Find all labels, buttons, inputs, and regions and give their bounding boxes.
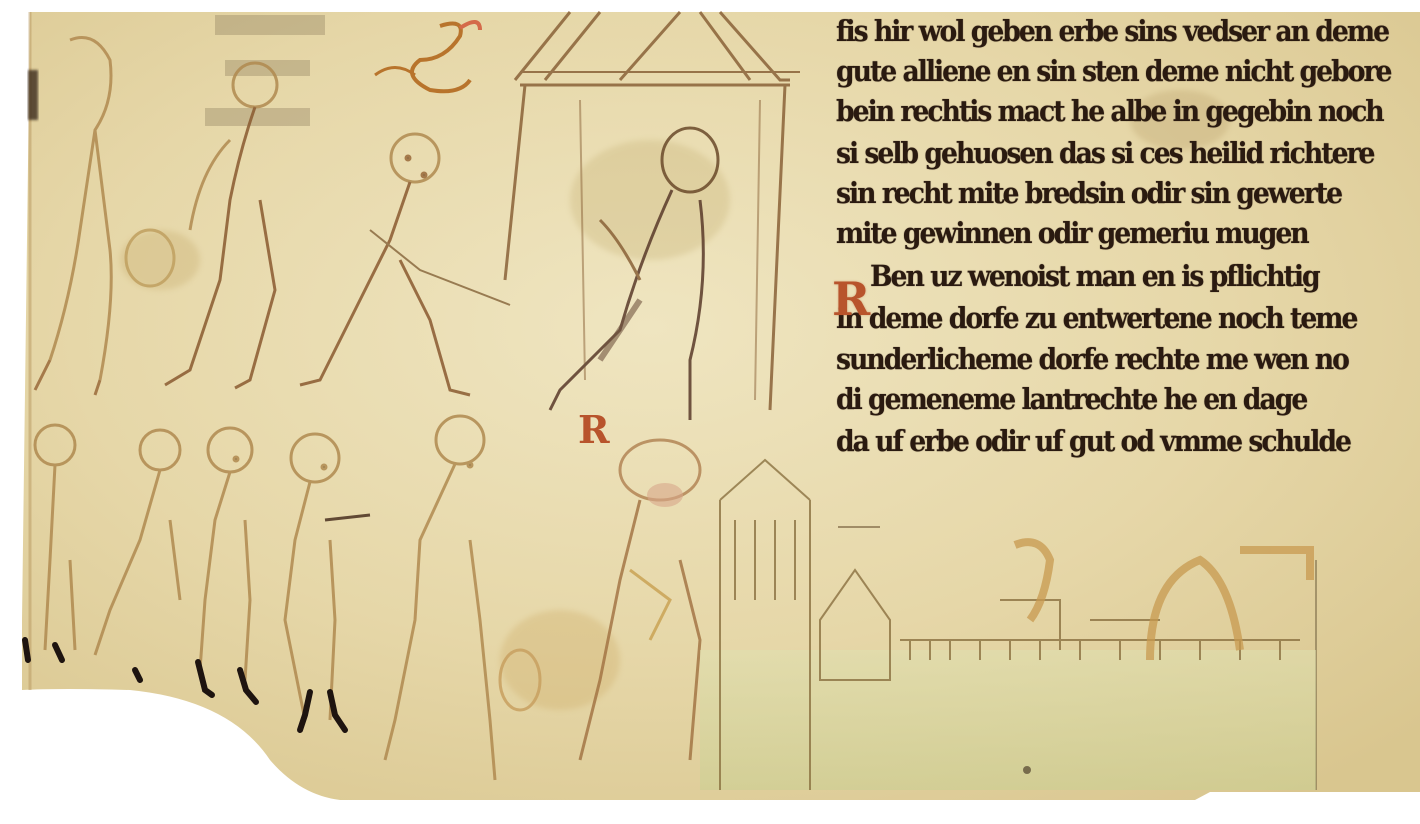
text-line-11: da uf erbe odir uf gut od vmme schulde (836, 424, 1350, 458)
text-line-5: sin recht mite bredsin odir sin gewerte (836, 176, 1341, 210)
text-line-3: bein rechtis mact he albe in gegebin noc… (836, 94, 1383, 128)
text-line-1: fis hir wol geben erbe sins vedser an de… (836, 14, 1388, 48)
initial-r-middle: R (578, 407, 610, 452)
text-line-2: gute alliene en sin sten deme nicht gebo… (836, 54, 1391, 88)
text-line-10: di gemeneme lantrechte he en dage (836, 382, 1306, 416)
text-line-9: sunderlicheme dorfe rechte me wen no (836, 342, 1348, 376)
initial-r-text: R (832, 272, 870, 326)
text-line-4: si selb gehuosen das si ces heilid richt… (836, 136, 1374, 170)
text-line-7: Ben uz wenoist man en is pflichtig (870, 259, 1319, 293)
text-line-8: in deme dorfe zu entwertene noch teme (836, 301, 1356, 335)
manuscript-image: R (0, 0, 1420, 824)
text-line-6: mite gewinnen odir gemeriu mugen (836, 216, 1308, 250)
